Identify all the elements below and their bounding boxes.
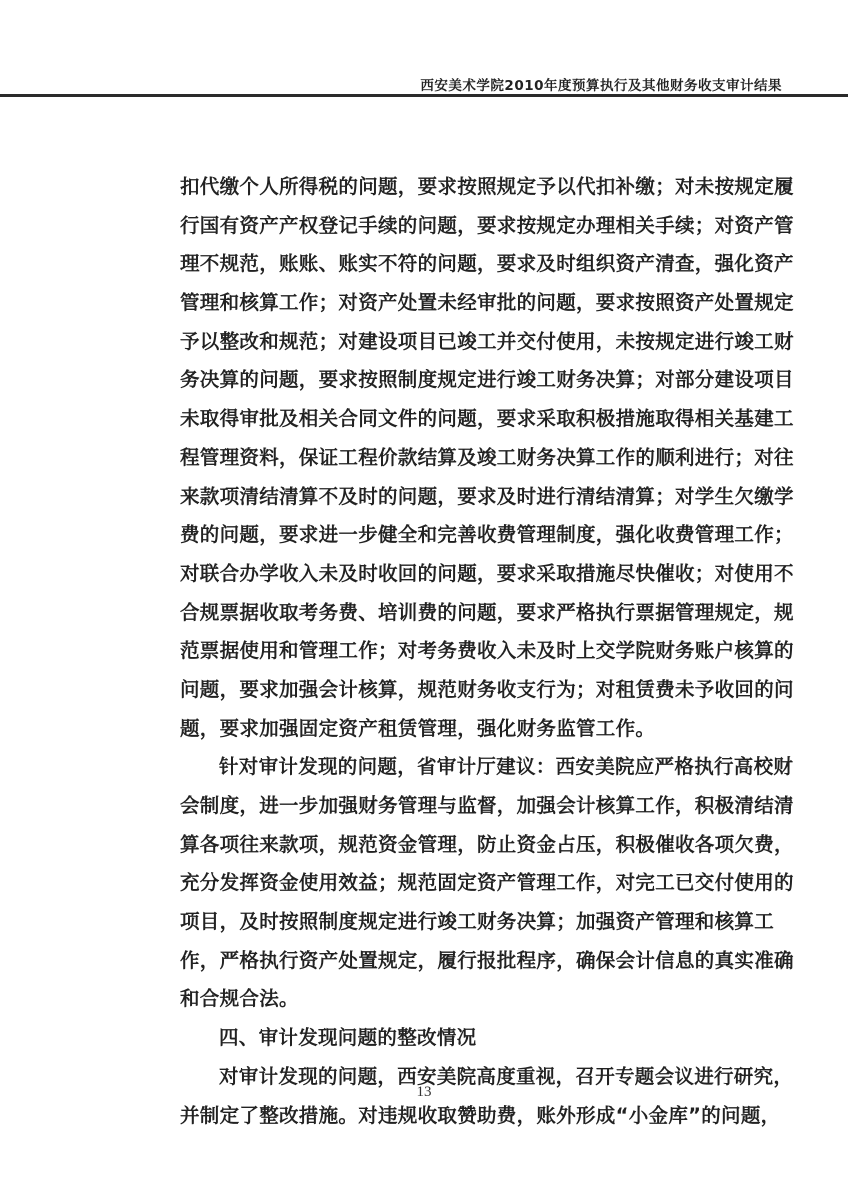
text-line: 算各项往来款项，规范资金管理，防止资金占压，积极催收各项欠费， <box>180 826 752 865</box>
text-line: 来款项清结清算不及时的问题，要求及时进行清结清算；对学生欠缴学 <box>180 478 752 517</box>
text-line: 扣代缴个人所得税的问题，要求按照规定予以代扣补缴；对未按规定履 <box>180 168 752 207</box>
text-line: 未取得审批及相关合同文件的问题，要求采取积极措施取得相关基建工 <box>180 400 752 439</box>
text-line: 程管理资料，保证工程价款结算及竣工财务决算工作的顺利进行；对往 <box>180 439 752 478</box>
section-heading: 四、审计发现问题的整改情况 <box>180 1019 752 1058</box>
text-line: 对联合办学收入未及时收回的问题，要求采取措施尽快催收；对使用不 <box>180 555 752 594</box>
text-line: 题，要求加强固定资产租赁管理，强化财务监管工作。 <box>180 710 752 749</box>
text-line: 作，严格执行资产处置规定，履行报批程序，确保会计信息的真实准确 <box>180 942 752 981</box>
text-line: 合规票据收取考务费、培训费的问题，要求严格执行票据管理规定，规 <box>180 594 752 633</box>
text-line: 会制度，进一步加强财务管理与监督，加强会计核算工作，积极清结清 <box>180 787 752 826</box>
text-line: 管理和核算工作；对资产处置未经审批的问题，要求按照资产处置规定 <box>180 284 752 323</box>
running-header-title: 西安美术学院2010年度预算执行及其他财务收支审计结果 <box>420 74 782 94</box>
text-line: 问题，要求加强会计核算，规范财务收支行为；对租赁费未予收回的问 <box>180 671 752 710</box>
page-number: 13 <box>0 1084 848 1101</box>
text-line: 并制定了整改措施。对违规收取赞助费，账外形成“小金库”的问题， <box>180 1097 752 1136</box>
text-line: 费的问题，要求进一步健全和完善收费管理制度，强化收费管理工作； <box>180 516 752 555</box>
text-line: 范票据使用和管理工作；对考务费收入未及时上交学院财务账户核算的 <box>180 632 752 671</box>
text-line: 理不规范，账账、账实不符的问题，要求及时组织资产清查，强化资产 <box>180 245 752 284</box>
text-line: 予以整改和规范；对建设项目已竣工并交付使用，未按规定进行竣工财 <box>180 323 752 362</box>
header-divider <box>0 94 848 97</box>
text-line: 和合规合法。 <box>180 980 752 1019</box>
text-line: 充分发挥资金使用效益；规范固定资产管理工作，对完工已交付使用的 <box>180 864 752 903</box>
paragraph-start-line: 针对审计发现的问题，省审计厅建议：西安美院应严格执行高校财 <box>180 748 752 787</box>
text-line: 务决算的问题，要求按照制度规定进行竣工财务决算；对部分建设项目 <box>180 361 752 400</box>
text-line: 行国有资产产权登记手续的问题，要求按规定办理相关手续；对资产管 <box>180 207 752 246</box>
body-text: 扣代缴个人所得税的问题，要求按照规定予以代扣补缴；对未按规定履 行国有资产产权登… <box>180 168 752 1135</box>
text-line: 项目，及时按照制度规定进行竣工财务决算；加强资产管理和核算工 <box>180 903 752 942</box>
